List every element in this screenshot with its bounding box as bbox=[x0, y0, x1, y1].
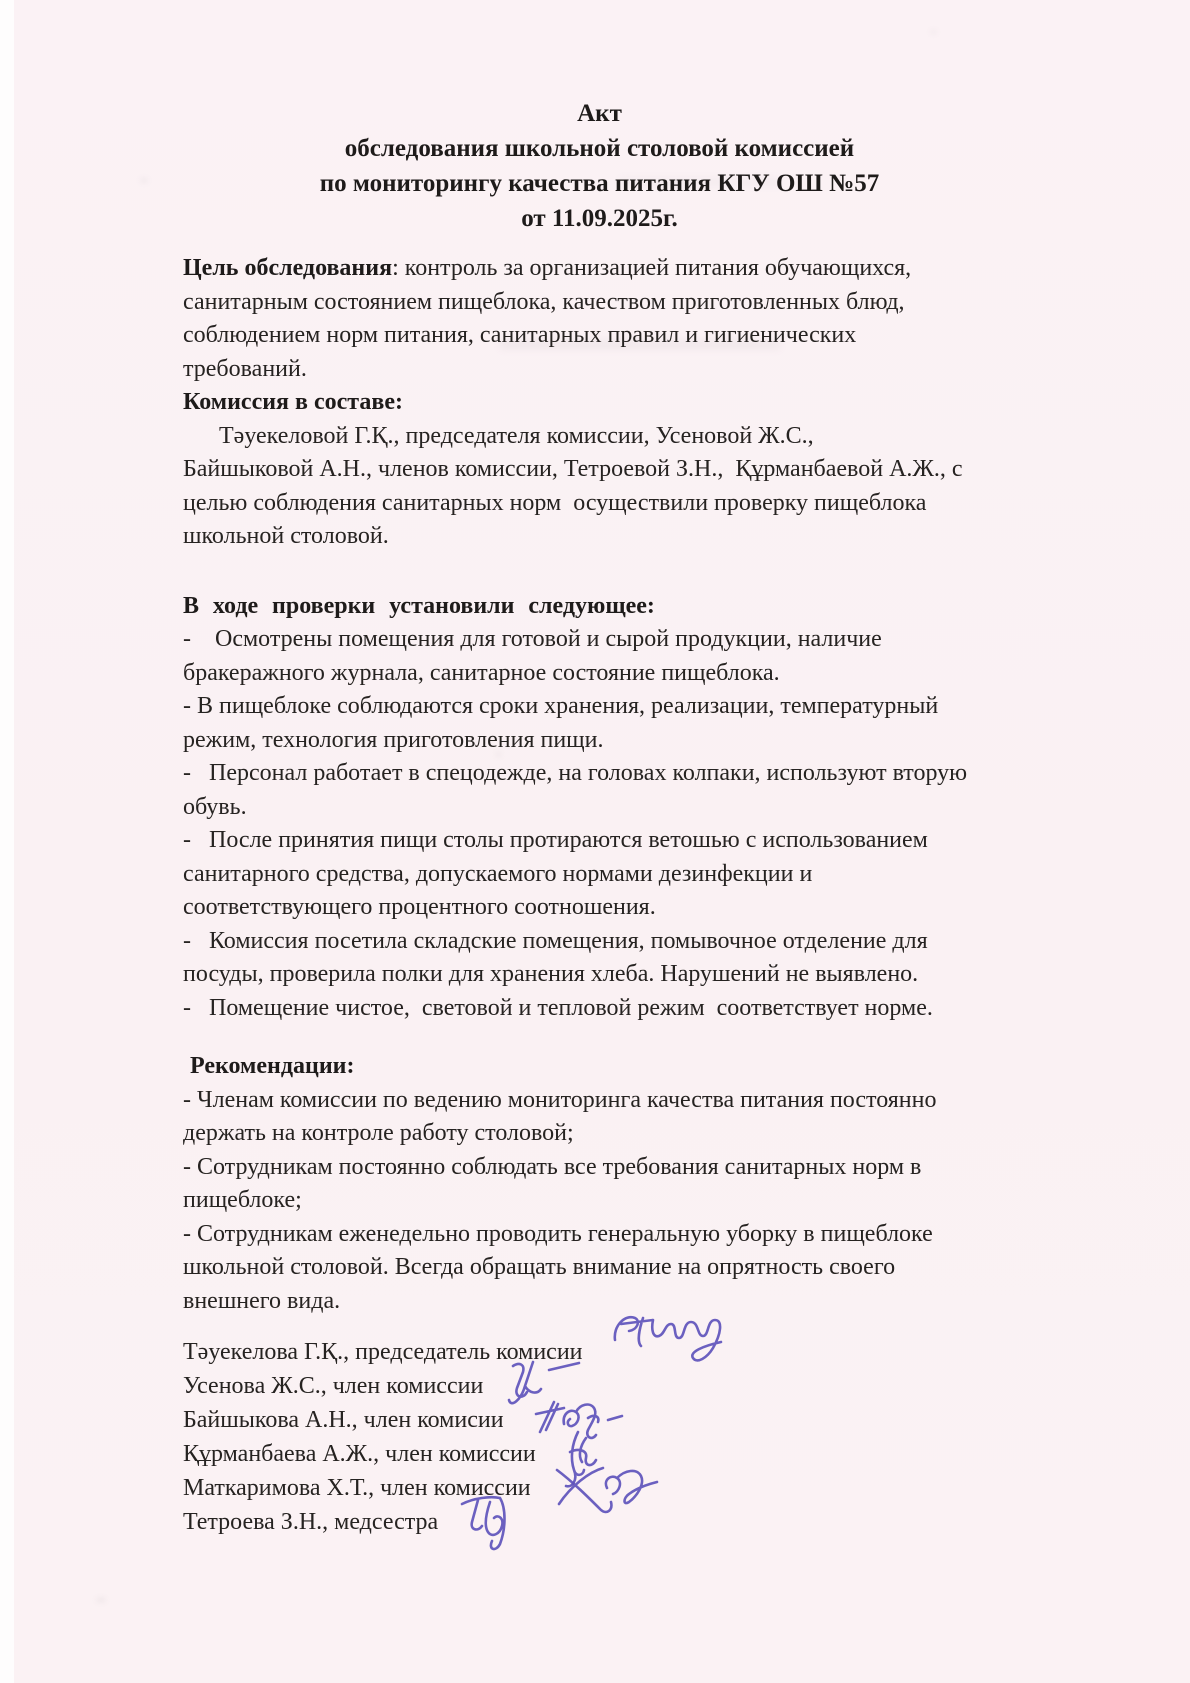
handwritten-signature-icon bbox=[454, 1488, 539, 1552]
text-line: обувь. bbox=[183, 791, 1016, 825]
text-line: санитарным состоянием пищеблока, качеств… bbox=[183, 286, 1016, 320]
text-line: - После принятия пищи столы протираются … bbox=[183, 824, 1016, 858]
text-line: - Персонал работает в спецодежде, на гол… bbox=[183, 757, 1016, 791]
purpose-lead-rest: : контроль за организацией питания обуча… bbox=[392, 255, 911, 281]
text-line: - Сотрудникам еженедельно проводить гене… bbox=[183, 1218, 1016, 1252]
text-line: - Сотрудникам постоянно соблюдать все тр… bbox=[183, 1151, 1016, 1185]
text-line: целью соблюдения санитарных норм осущест… bbox=[183, 487, 1016, 521]
text-line: соблюдением норм питания, санитарных пра… bbox=[183, 319, 1016, 353]
recommendations-section: Рекомендации: - Членам комиссии по веден… bbox=[183, 1050, 1016, 1318]
text-line: посуды, проверила полки для хранения хле… bbox=[183, 958, 1016, 992]
text-line: школьной столовой. Всегда обращать внима… bbox=[183, 1251, 1016, 1285]
scan-artifact bbox=[96, 1598, 106, 1602]
title-line-3: по мониторингу качества питания КГУ ОШ №… bbox=[183, 166, 1016, 201]
commission-heading: Комиссия в составе: bbox=[183, 386, 1016, 420]
text-line: школьной столовой. bbox=[183, 520, 1016, 554]
text-line: бракеражного журнала, санитарное состоян… bbox=[183, 657, 1016, 691]
commission-section: Комиссия в составе: Тәуекеловой Г.Қ., пр… bbox=[183, 386, 1016, 554]
scan-artifact bbox=[140, 178, 148, 183]
text-line: - В пищеблоке соблюдаются сроки хранения… bbox=[183, 690, 1016, 724]
text-line: требований. bbox=[183, 353, 1016, 387]
text-line: - Членам комиссии по ведению мониторинга… bbox=[183, 1084, 1016, 1118]
signatory-label: Құрманбаева А.Ж., член комиссии bbox=[183, 1441, 536, 1468]
text-line: санитарного средства, допускаемого норма… bbox=[183, 858, 1016, 892]
signature-row: Тәуекелова Г.Қ., председатель комисии bbox=[183, 1335, 1016, 1369]
findings-section: В ходе проверки установили следующее: - … bbox=[183, 590, 1016, 1026]
signatory-label: Усенова Ж.С., член комиссии bbox=[183, 1373, 483, 1400]
scanned-document-page: { "document": { "title_lines": [ "Акт", … bbox=[0, 0, 1190, 1683]
signature-row: Маткаримова Х.Т., член комиссии bbox=[183, 1471, 1016, 1505]
text-line: - Помещение чистое, световой и тепловой … bbox=[183, 992, 1016, 1026]
text-line: внешнего вида. bbox=[183, 1285, 1016, 1319]
text-line: режим, технология приготовления пищи. bbox=[183, 724, 1016, 758]
signatures-section: Тәуекелова Г.Қ., председатель комисии Ус… bbox=[183, 1335, 1016, 1539]
purpose-paragraph: Цель обследования: контроль за организац… bbox=[183, 252, 1016, 386]
text-line: держать на контроле работу столовой; bbox=[183, 1117, 1016, 1151]
handwritten-signature-icon bbox=[609, 1308, 727, 1366]
handwritten-signature-icon bbox=[545, 1460, 660, 1520]
title-line-2: обследования школьной столовой комиссией bbox=[183, 131, 1016, 166]
text-line: Тәуекеловой Г.Қ., председателя комиссии,… bbox=[183, 420, 1016, 454]
scan-edge-strip bbox=[0, 0, 14, 1683]
signatory-label: Тетроева З.Н., медсестра bbox=[183, 1509, 438, 1536]
purpose-lead-line: Цель обследования: контроль за организац… bbox=[183, 252, 1016, 286]
findings-heading: В ходе проверки установили следующее: bbox=[183, 590, 1016, 624]
purpose-lead-bold: Цель обследования bbox=[183, 255, 392, 281]
document-title: Акт обследования школьной столовой комис… bbox=[183, 0, 1016, 236]
text-line: соответствующего процентного соотношения… bbox=[183, 891, 1016, 925]
text-line: пищеблоке; bbox=[183, 1184, 1016, 1218]
text-line: - Осмотрены помещения для готовой и сыро… bbox=[183, 623, 1016, 657]
document-body: Акт обследования школьной столовой комис… bbox=[183, 0, 1016, 1539]
text-line: - Комиссия посетила складские помещения,… bbox=[183, 925, 1016, 959]
signatory-label: Байшыкова А.Н., член комисии bbox=[183, 1407, 504, 1434]
recommendations-heading: Рекомендации: bbox=[183, 1050, 1016, 1084]
title-line-4: от 11.09.2025г. bbox=[183, 201, 1016, 236]
title-line-1: Акт bbox=[183, 96, 1016, 131]
text-line: Байшыковой А.Н., членов комиссии, Тетрое… bbox=[183, 453, 1016, 487]
